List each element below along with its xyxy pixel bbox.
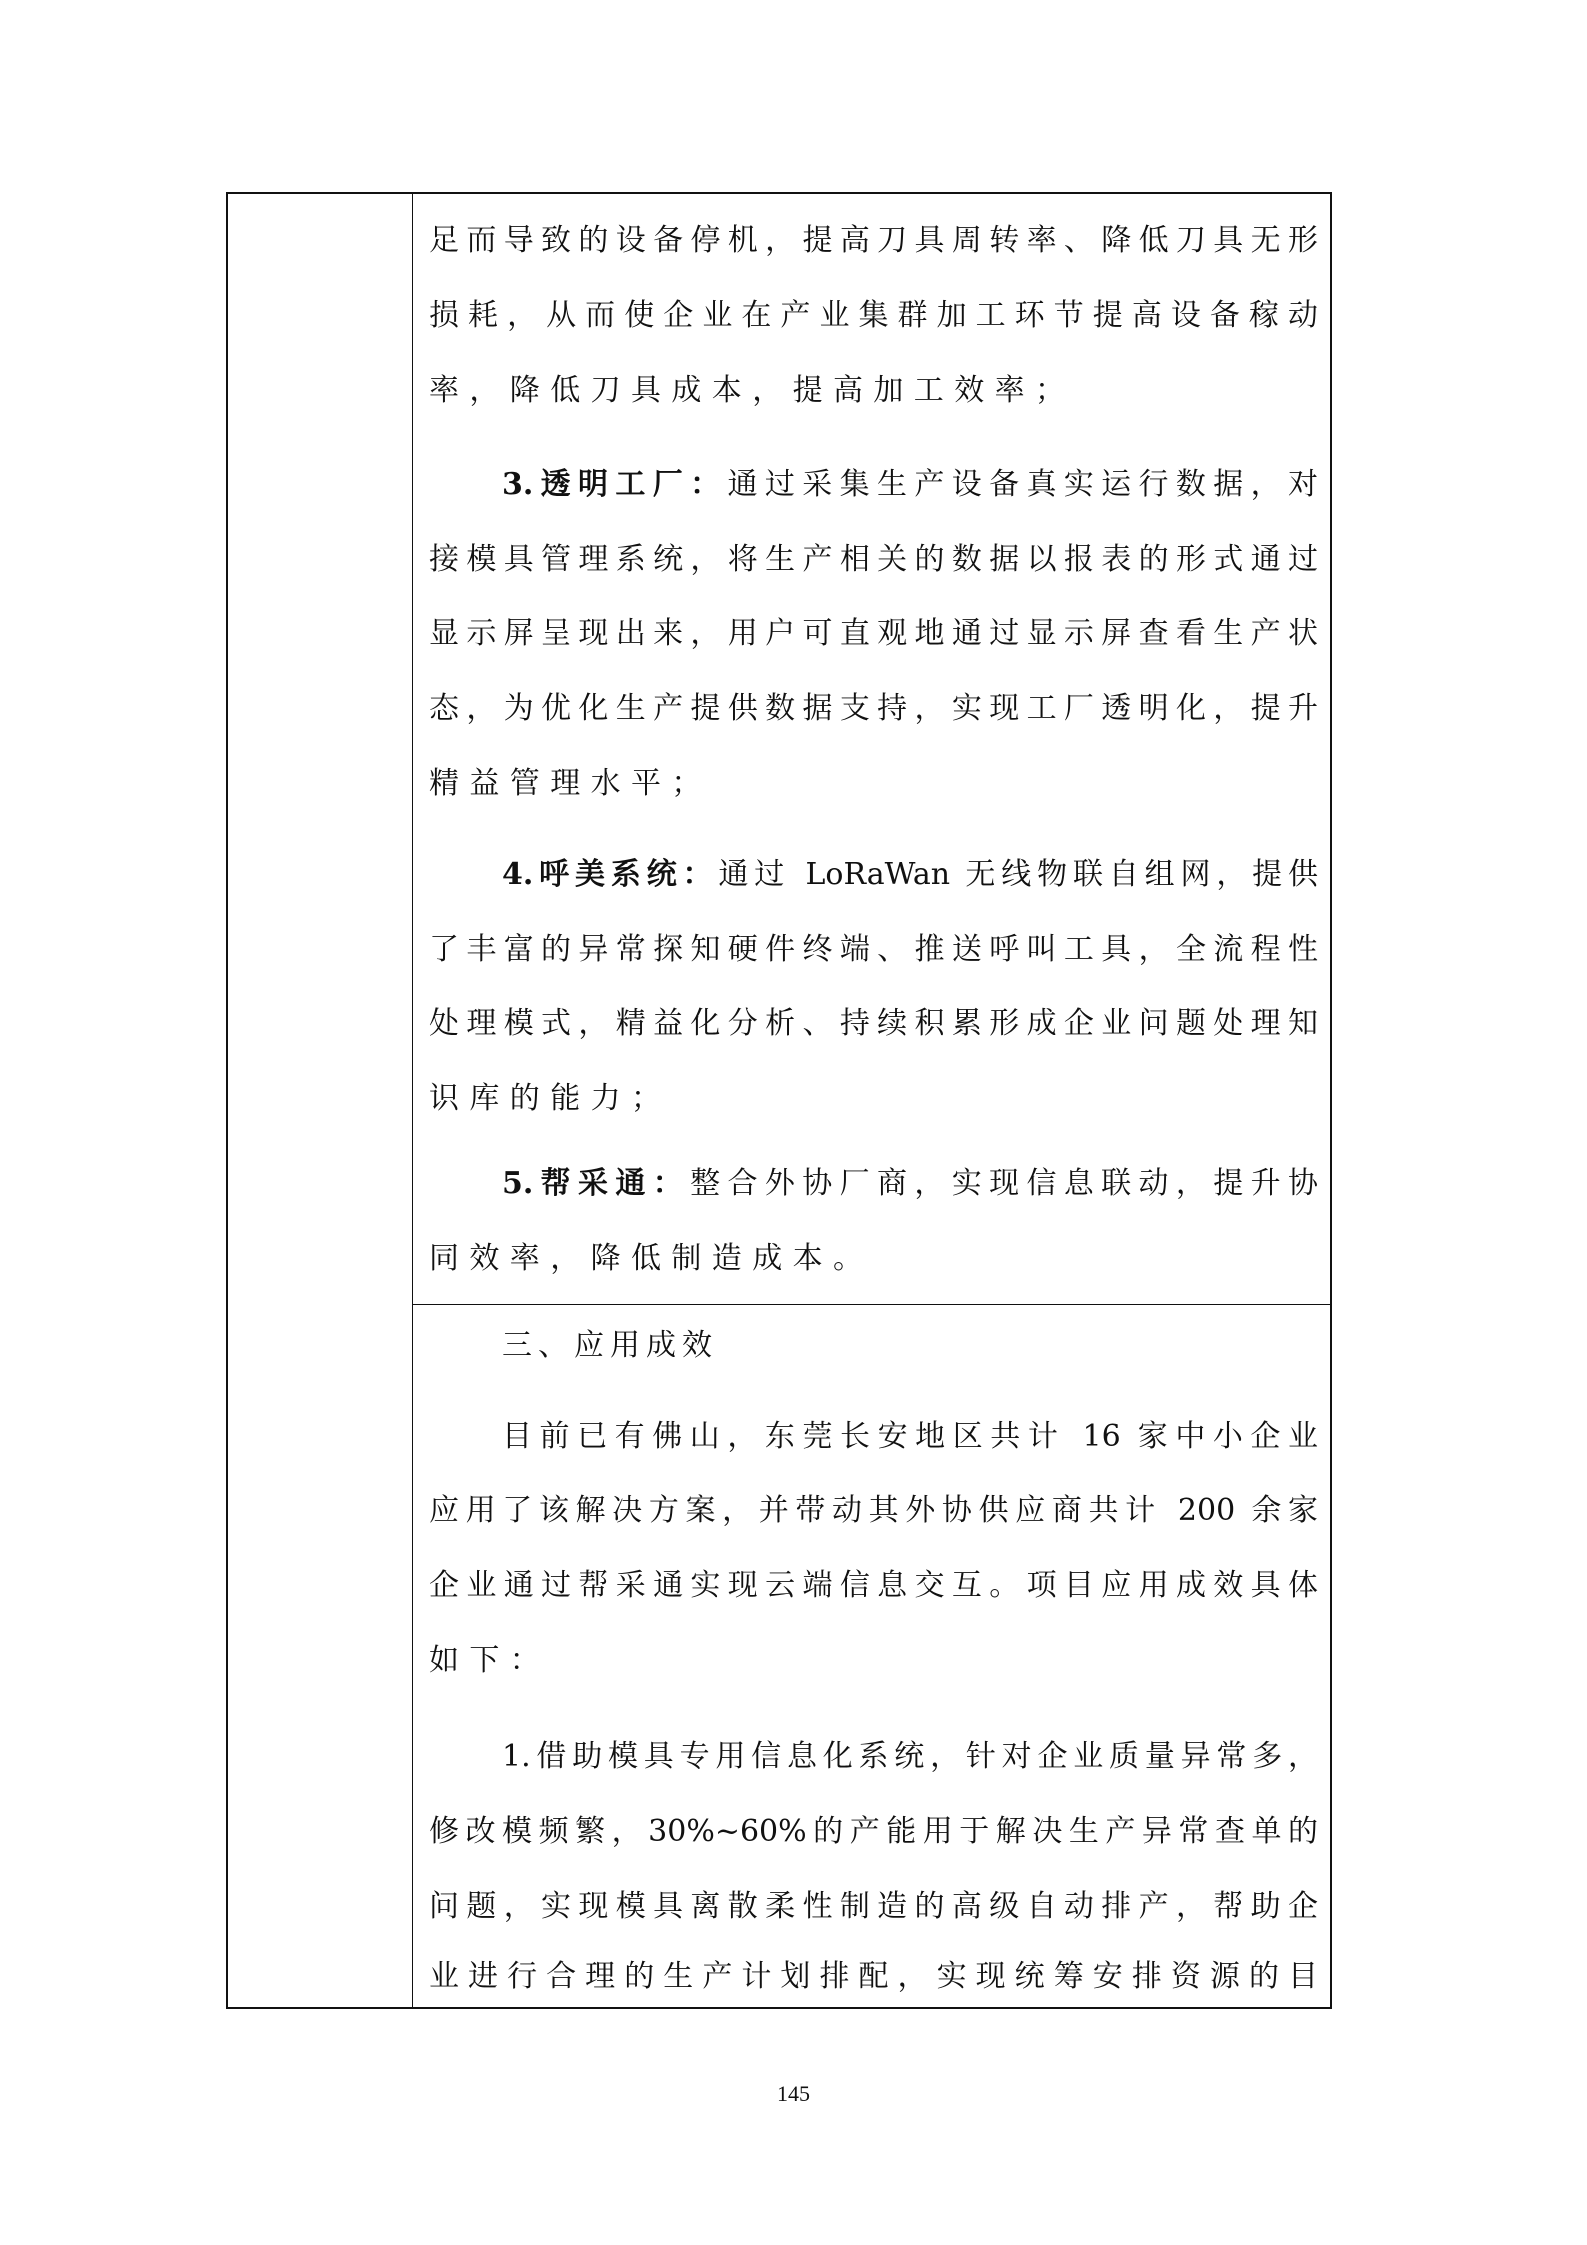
item-label: 4.呼美系统： [502,857,718,892]
paragraph-line: 同效率，降低制造成本。 [429,1239,1318,1279]
item-humei-system-first-line: 4.呼美系统：通过 LoRaWan 无线物联自组网，提供 [429,855,1318,895]
paragraph-line: 足而导致的设备停机，提高刀具周转率、降低刀具无形 [429,221,1318,261]
content-table: 足而导致的设备停机，提高刀具周转率、降低刀具无形 损耗，从而使企业在产业集群加工… [226,192,1332,2009]
solution-description-cell: 足而导致的设备停机，提高刀具周转率、降低刀具无形 损耗，从而使企业在产业集群加工… [413,194,1330,1305]
paragraph-line: 率，降低刀具成本，提高加工效率； [429,371,1318,411]
paragraph-line: 问题，实现模具离散柔性制造的高级自动排产，帮助企 [429,1887,1318,1927]
item-transparent-factory-first-line: 3.透明工厂：通过采集生产设备真实运行数据，对 [429,465,1318,505]
item-text: 通过 LoRaWan 无线物联自组网，提供 [718,857,1318,892]
intro-first-line: 目前已有佛山，东莞长安地区共计 16 家中小企业 [429,1417,1318,1457]
item-label: 5.帮采通： [502,1166,690,1201]
row-divider [412,1304,1330,1305]
paragraph-line: 显示屏呈现出来，用户可直观地通过显示屏查看生产状 [429,614,1318,654]
paragraph-line: 接模具管理系统，将生产相关的数据以报表的形式通过 [429,540,1318,580]
paragraph-line: 精益管理水平； [429,764,1318,804]
paragraph-line: 损耗，从而使企业在产业集群加工环节提高设备稼动 [429,296,1318,336]
paragraph-line: 处理模式，精益化分析、持续积累形成企业问题处理知 [429,1004,1318,1044]
paragraph-line: 态，为优化生产提供数据支持，实现工厂透明化，提升 [429,689,1318,729]
paragraph-line: 业进行合理的生产计划排配，实现统筹安排资源的目 [429,1957,1318,1997]
paragraph-line: 如下： [429,1641,1318,1681]
paragraph-line: 识库的能力； [429,1079,1318,1119]
application-results-cell: 三、应用成效 目前已有佛山，东莞长安地区共计 16 家中小企业 应用了该解决方案… [413,1306,1330,2007]
page-number: 145 [0,2081,1587,2107]
table-left-label-cell [228,194,412,2007]
item-bangcaitong-first-line: 5.帮采通：整合外协厂商，实现信息联动，提升协 [429,1164,1318,1204]
item-text: 通过采集生产设备真实运行数据，对 [728,467,1318,502]
point1-first-line: 1.借助模具专用信息化系统，针对企业质量异常多， [429,1737,1318,1777]
section-heading: 三、应用成效 [502,1326,718,1366]
paragraph-line: 了丰富的异常探知硬件终端、推送呼叫工具，全流程性 [429,930,1318,970]
item-text: 整合外协厂商，实现信息联动，提升协 [690,1166,1318,1201]
paragraph-line: 修改模频繁，30%~60%的产能用于解决生产异常查单的 [429,1812,1318,1852]
paragraph-line: 应用了该解决方案，并带动其外协供应商共计 200 余家 [429,1491,1318,1531]
paragraph-line: 企业通过帮采通实现云端信息交互。项目应用成效具体 [429,1566,1318,1606]
item-label: 3.透明工厂： [502,467,728,502]
